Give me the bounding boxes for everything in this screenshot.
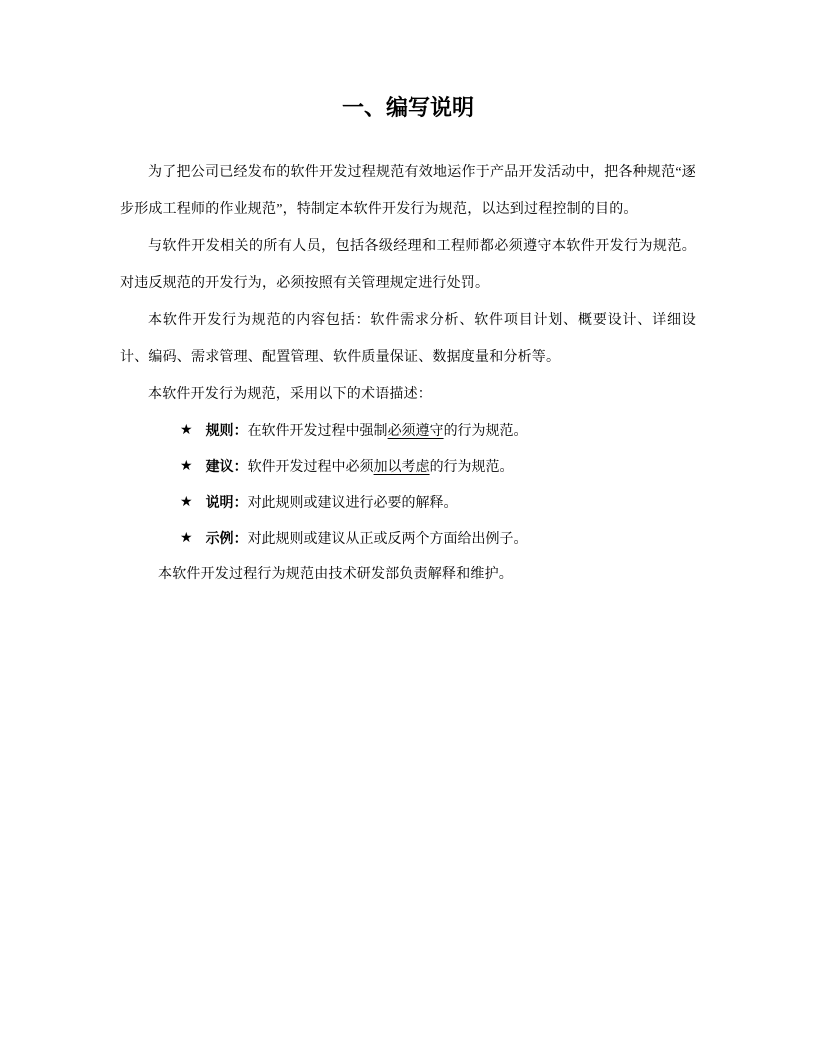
term-definition: 在软件开发过程中强制必须遵守的行为规范。 [248, 424, 528, 439]
underlined-phrase: 必须遵守 [388, 424, 444, 439]
term-definition: 对此规则或建议从正或反两个方面给出例子。 [248, 532, 528, 547]
term-label: 建议： [206, 458, 248, 474]
page-title: 一、编写说明 [120, 92, 696, 124]
paragraph-contents: 本软件开发行为规范的内容包括：软件需求分析、软件项目计划、概要设计、详细设计、编… [120, 302, 696, 376]
underlined-phrase: 加以考虑 [374, 460, 430, 475]
star-bullet-icon: ★ [180, 449, 193, 484]
paragraph-terms-intro: 本软件开发行为规范，采用以下的术语描述： [120, 376, 696, 413]
term-list: ★规则：在软件开发过程中强制必须遵守的行为规范。 ★建议：软件开发过程中必须加以… [120, 413, 696, 557]
paragraph-scope: 与软件开发相关的所有人员，包括各级经理和工程师都必须遵守本软件开发行为规范。对违… [120, 228, 696, 302]
paragraph-purpose: 为了把公司已经发布的软件开发过程规范有效地运作于产品开发活动中，把各种规范“逐步… [120, 154, 696, 228]
term-item-rule: ★规则：在软件开发过程中强制必须遵守的行为规范。 [120, 413, 696, 449]
term-definition: 对此规则或建议进行必要的解释。 [248, 496, 458, 511]
star-bullet-icon: ★ [180, 521, 193, 556]
star-bullet-icon: ★ [180, 413, 193, 448]
term-definition: 软件开发过程中必须加以考虑的行为规范。 [248, 460, 514, 475]
term-item-suggestion: ★建议：软件开发过程中必须加以考虑的行为规范。 [120, 449, 696, 485]
star-bullet-icon: ★ [180, 485, 193, 520]
term-label: 说明： [206, 494, 248, 510]
term-label: 规则： [206, 422, 248, 438]
term-item-explanation: ★说明：对此规则或建议进行必要的解释。 [120, 485, 696, 521]
paragraph-maintenance: 本软件开发过程行为规范由技术研发部负责解释和维护。 [120, 557, 696, 592]
term-label: 示例： [206, 530, 248, 546]
document-page: 一、编写说明 为了把公司已经发布的软件开发过程规范有效地运作于产品开发活动中，把… [0, 0, 816, 1056]
term-item-example: ★示例：对此规则或建议从正或反两个方面给出例子。 [120, 521, 696, 557]
